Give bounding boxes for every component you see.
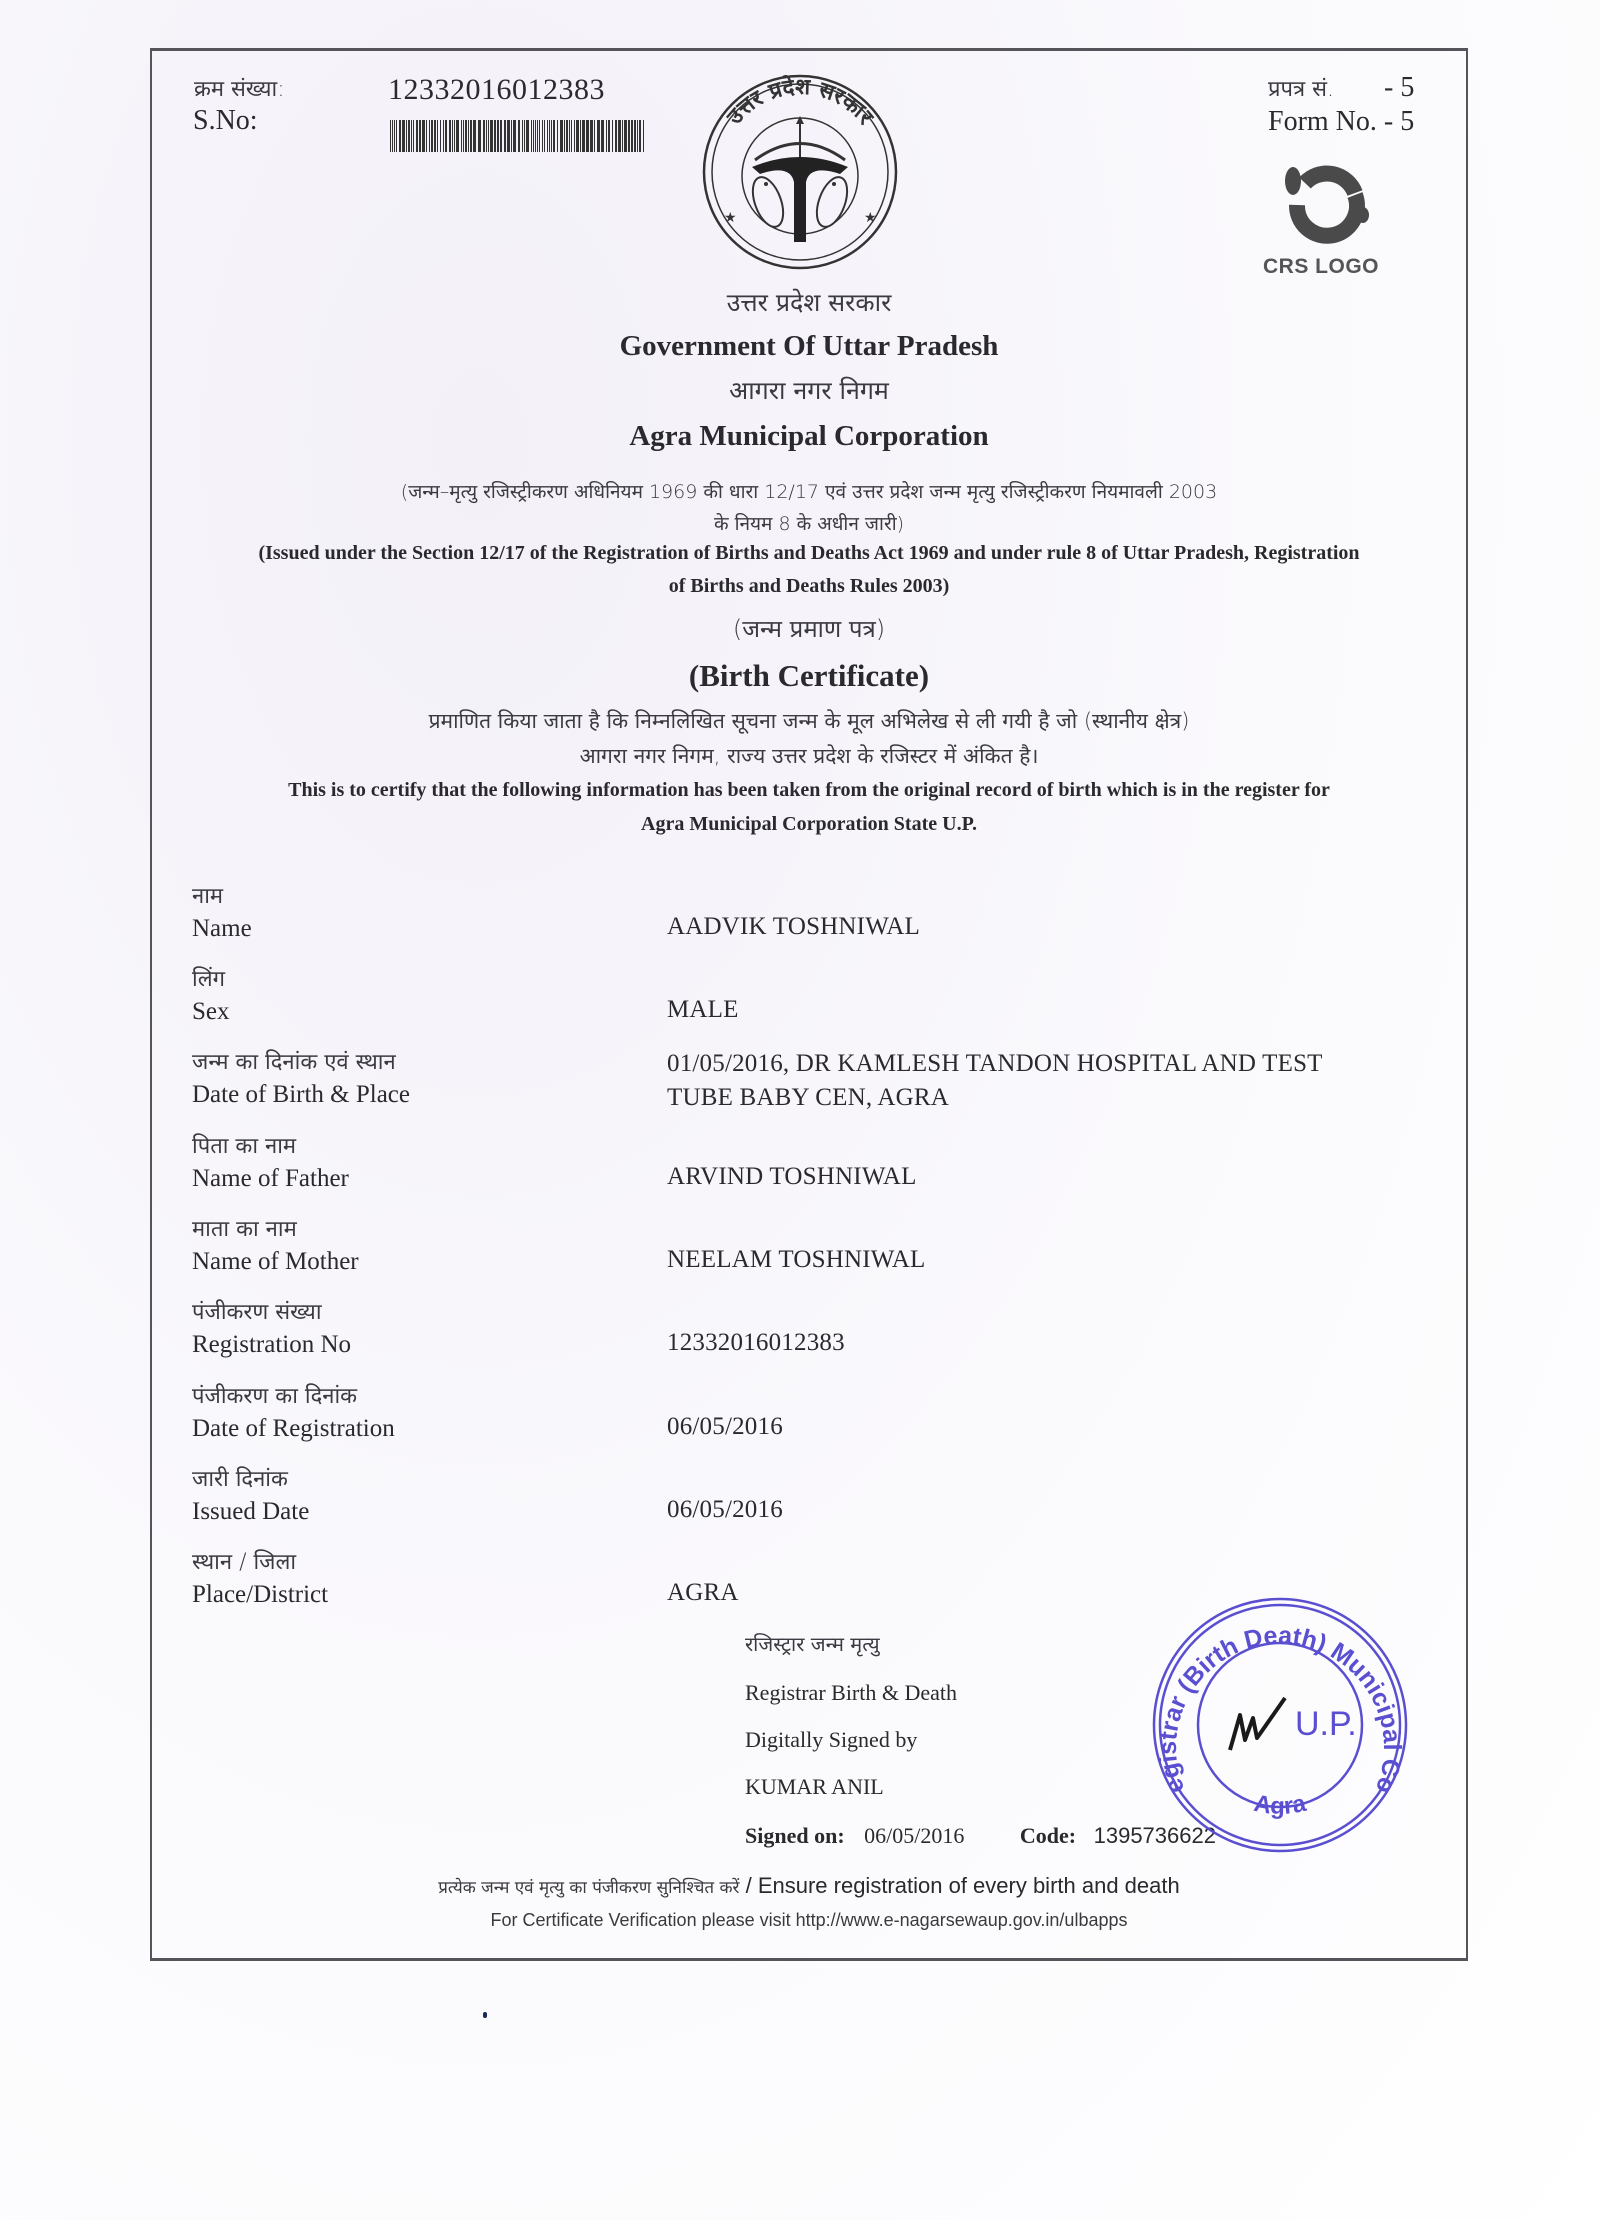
field-value: 06/05/2016 xyxy=(667,1493,783,1527)
state-government-hindi: उत्तर प्रदेश सरकार xyxy=(150,285,1468,319)
serial-number-label: S.No: xyxy=(193,105,258,137)
certificate-title: (Birth Certificate) xyxy=(150,658,1468,694)
form-number-value-hindi: - 5 xyxy=(1384,72,1414,104)
field-value: NEELAM TOSHNIWAL xyxy=(667,1243,926,1277)
verification-link-text[interactable]: For Certificate Verification please visi… xyxy=(150,1910,1468,1931)
ink-speck xyxy=(483,2012,487,2018)
registrar-title-hindi: रजिस्ट्रार जन्म मृत्यु xyxy=(745,1630,880,1657)
registrar-title: Registrar Birth & Death xyxy=(745,1680,957,1706)
field-label: Issued Date xyxy=(192,1498,309,1526)
field-label-hindi: पंजीकरण का दिनांक xyxy=(192,1380,357,1410)
digitally-signed-label: Digitally Signed by xyxy=(745,1727,917,1753)
act-reference-line2: of Births and Deaths Rules 2003) xyxy=(150,575,1468,598)
corporation-hindi: आगरा नगर निगम xyxy=(150,373,1468,407)
ensure-registration-text: / Ensure registration of every birth and… xyxy=(739,1873,1179,1898)
form-number-label-hindi: प्रपत्र सं. xyxy=(1268,73,1334,103)
field-value: 12332016012383 xyxy=(667,1326,845,1360)
svg-text:★: ★ xyxy=(864,211,877,226)
serial-number-value: 12332016012383 xyxy=(388,73,605,107)
field-label: Date of Birth & Place xyxy=(192,1081,410,1109)
field-label: Name of Mother xyxy=(192,1248,359,1276)
certificate-title-hindi: (जन्म प्रमाण पत्र) xyxy=(150,612,1468,645)
svg-text:U.P.: U.P. xyxy=(1295,1705,1357,1743)
ensure-registration-hindi: प्रत्येक जन्म एवं मृत्यु का पंजीकरण सुनि… xyxy=(438,1878,739,1898)
field-label-hindi: नाम xyxy=(192,880,223,910)
crs-logo-text: CRS LOGO xyxy=(1263,255,1379,279)
field-value: ARVIND TOSHNIWAL xyxy=(667,1160,917,1194)
field-label-hindi: पंजीकरण संख्या xyxy=(192,1296,322,1326)
field-value: 06/05/2016 xyxy=(667,1410,783,1444)
field-label: Registration No xyxy=(192,1331,351,1359)
certification-statement-hindi-line1: प्रमाणित किया जाता है कि निम्नलिखित सूचन… xyxy=(150,707,1468,735)
signer-name: KUMAR ANIL xyxy=(745,1774,884,1800)
field-label-hindi: जन्म का दिनांक एवं स्थान xyxy=(192,1046,396,1076)
official-seal-stamp-icon: Deputy Registrar (Birth Death) Municipal… xyxy=(1145,1590,1415,1860)
signed-on-label: Signed on: xyxy=(745,1823,845,1848)
field-value: AGRA xyxy=(667,1576,739,1610)
field-value: 01/05/2016, DR KAMLESH TANDON HOSPITAL A… xyxy=(667,1047,1323,1081)
field-value: AADVIK TOSHNIWAL xyxy=(667,910,920,944)
field-value: MALE xyxy=(667,993,739,1027)
field-label-hindi: स्थान / जिला xyxy=(192,1546,296,1576)
field-label-hindi: माता का नाम xyxy=(192,1213,297,1243)
form-number-label: Form No. - 5 xyxy=(1268,106,1414,138)
act-reference-hindi-line2: के नियम 8 के अधीन जारी) xyxy=(150,510,1468,536)
uttar-pradesh-emblem-icon: उत्तर प्रदेश सरकार ★ ★ xyxy=(700,72,900,272)
svg-text:★: ★ xyxy=(724,211,737,226)
state-government-title: Government Of Uttar Pradesh xyxy=(150,330,1468,363)
barcode-icon xyxy=(390,120,648,152)
crs-logo-icon xyxy=(1275,155,1375,255)
ensure-registration-notice: प्रत्येक जन्म एवं मृत्यु का पंजीकरण सुनि… xyxy=(150,1873,1468,1899)
code-label: Code: xyxy=(1020,1823,1076,1848)
field-label-hindi: लिंग xyxy=(192,963,225,993)
act-reference-line1: (Issued under the Section 12/17 of the R… xyxy=(150,542,1468,565)
svg-text:Deputy Registrar (Birth Death): Deputy Registrar (Birth Death) Municipal… xyxy=(1145,1590,1406,1797)
field-label: Name xyxy=(192,915,252,943)
field-label: Date of Registration xyxy=(192,1415,395,1443)
corporation-title: Agra Municipal Corporation xyxy=(150,420,1468,453)
certification-statement-line1: This is to certify that the following in… xyxy=(150,779,1468,802)
field-label: Place/District xyxy=(192,1581,328,1609)
field-label: Name of Father xyxy=(192,1165,349,1193)
svg-text:Agra: Agra xyxy=(1252,1790,1309,1820)
field-label-hindi: जारी दिनांक xyxy=(192,1463,288,1493)
field-label: Sex xyxy=(192,998,230,1026)
certification-statement-line2: Agra Municipal Corporation State U.P. xyxy=(150,813,1468,836)
act-reference-hindi-line1: (जन्म–मृत्यु रजिस्ट्रीकरण अधिनियम 1969 क… xyxy=(150,478,1468,504)
certification-statement-hindi-line2: आगरा नगर निगम, राज्य उत्तर प्रदेश के रजि… xyxy=(150,742,1468,770)
field-value-line2: TUBE BABY CEN, AGRA xyxy=(667,1081,949,1115)
serial-number-label-hindi: क्रम संख्या: xyxy=(194,73,285,103)
signed-on-value: 06/05/2016 xyxy=(864,1823,964,1848)
field-label-hindi: पिता का नाम xyxy=(192,1130,296,1160)
